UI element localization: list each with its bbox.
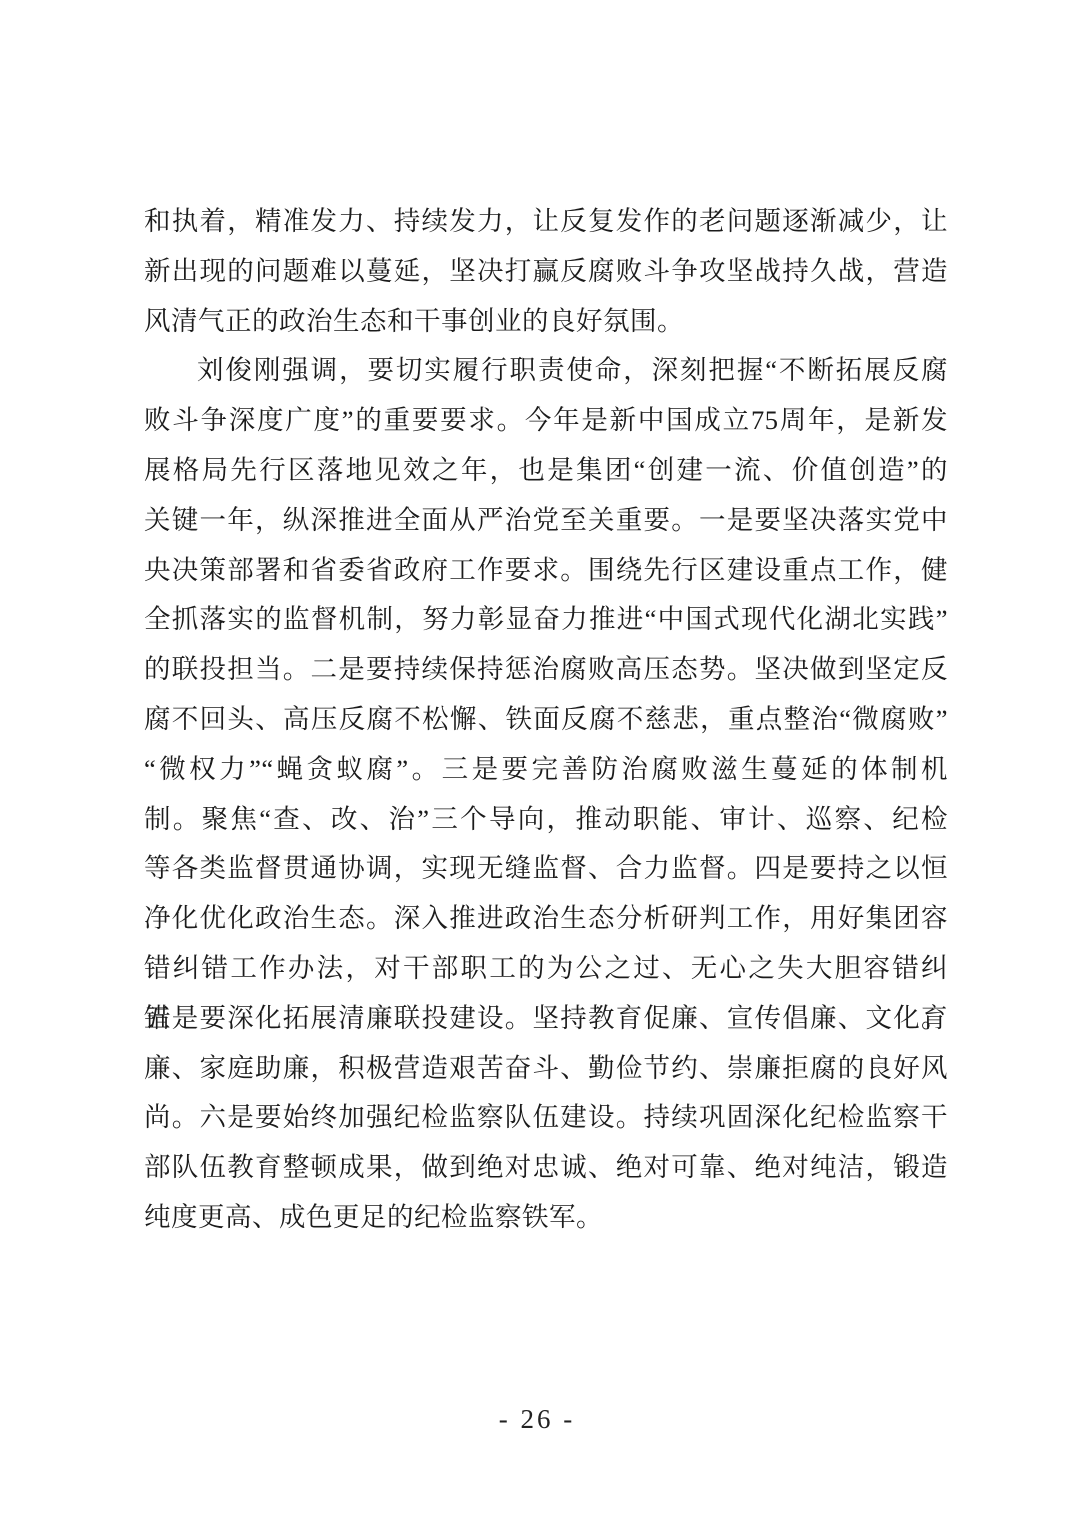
text-line: 风清气正的政治生态和干事创业的良好氛围。 xyxy=(144,297,948,347)
text-line: 的联投担当。二是要持续保持惩治腐败高压态势。坚决做到坚定反 xyxy=(144,645,948,695)
text-line: 纯度更高、成色更足的纪检监察铁军。 xyxy=(144,1193,948,1243)
text-line: 尚。六是要始终加强纪检监察队伍建设。持续巩固深化纪检监察干 xyxy=(144,1093,948,1143)
text-line: 全抓落实的监督机制，努力彰显奋力推进“中国式现代化湖北实践” xyxy=(144,595,948,645)
text-line: 央决策部署和省委省政府工作要求。围绕先行区建设重点工作，健 xyxy=(144,546,948,596)
text-line: 制。聚焦“查、改、治”三个导向，推动职能、审计、巡察、纪检 xyxy=(144,795,948,845)
text-line: 和执着，精准发力、持续发力，让反复发作的老问题逐渐减少，让 xyxy=(144,197,948,247)
text-line: 新出现的问题难以蔓延，坚决打赢反腐败斗争攻坚战持久战，营造 xyxy=(144,247,948,297)
text-line: 展格局先行区落地见效之年，也是集团“创建一流、价值创造”的 xyxy=(144,446,948,496)
text-line: 部队伍教育整顿成果，做到绝对忠诚、绝对可靠、绝对纯洁，锻造 xyxy=(144,1143,948,1193)
text-line: 刘俊刚强调，要切实履行职责使命，深刻把握“不断拓展反腐 xyxy=(144,346,948,396)
document-page: 和执着，精准发力、持续发力，让反复发作的老问题逐渐减少，让 新出现的问题难以蔓延… xyxy=(0,0,1074,1520)
text-line: 腐不回头、高压反腐不松懈、铁面反腐不慈悲，重点整治“微腐败” xyxy=(144,695,948,745)
text-line: 等各类监督贯通协调，实现无缝监督、合力监督。四是要持之以恒 xyxy=(144,844,948,894)
text-line: 廉、家庭助廉，积极营造艰苦奋斗、勤俭节约、崇廉拒腐的良好风 xyxy=(144,1044,948,1094)
text-line: 净化优化政治生态。深入推进政治生态分析研判工作，用好集团容 xyxy=(144,894,948,944)
text-line: 败斗争深度广度”的重要要求。今年是新中国成立75周年，是新发 xyxy=(144,396,948,446)
text-line: “微权力”“蝇贪蚁腐”。三是要完善防治腐败滋生蔓延的体制机 xyxy=(144,745,948,795)
text-line: 关键一年，纵深推进全面从严治党至关重要。一是要坚决落实党中 xyxy=(144,496,948,546)
page-number: - 26 - xyxy=(499,1404,575,1434)
text-line: 错纠错工作办法，对干部职工的为公之过、无心之失大胆容错纠错。 xyxy=(144,944,948,994)
page-footer: - 26 - xyxy=(0,1404,1074,1435)
document-body: 和执着，精准发力、持续发力，让反复发作的老问题逐渐减少，让 新出现的问题难以蔓延… xyxy=(144,197,948,1243)
text-line: 五是要深化拓展清廉联投建设。坚持教育促廉、宣传倡廉、文化育 xyxy=(144,994,948,1044)
